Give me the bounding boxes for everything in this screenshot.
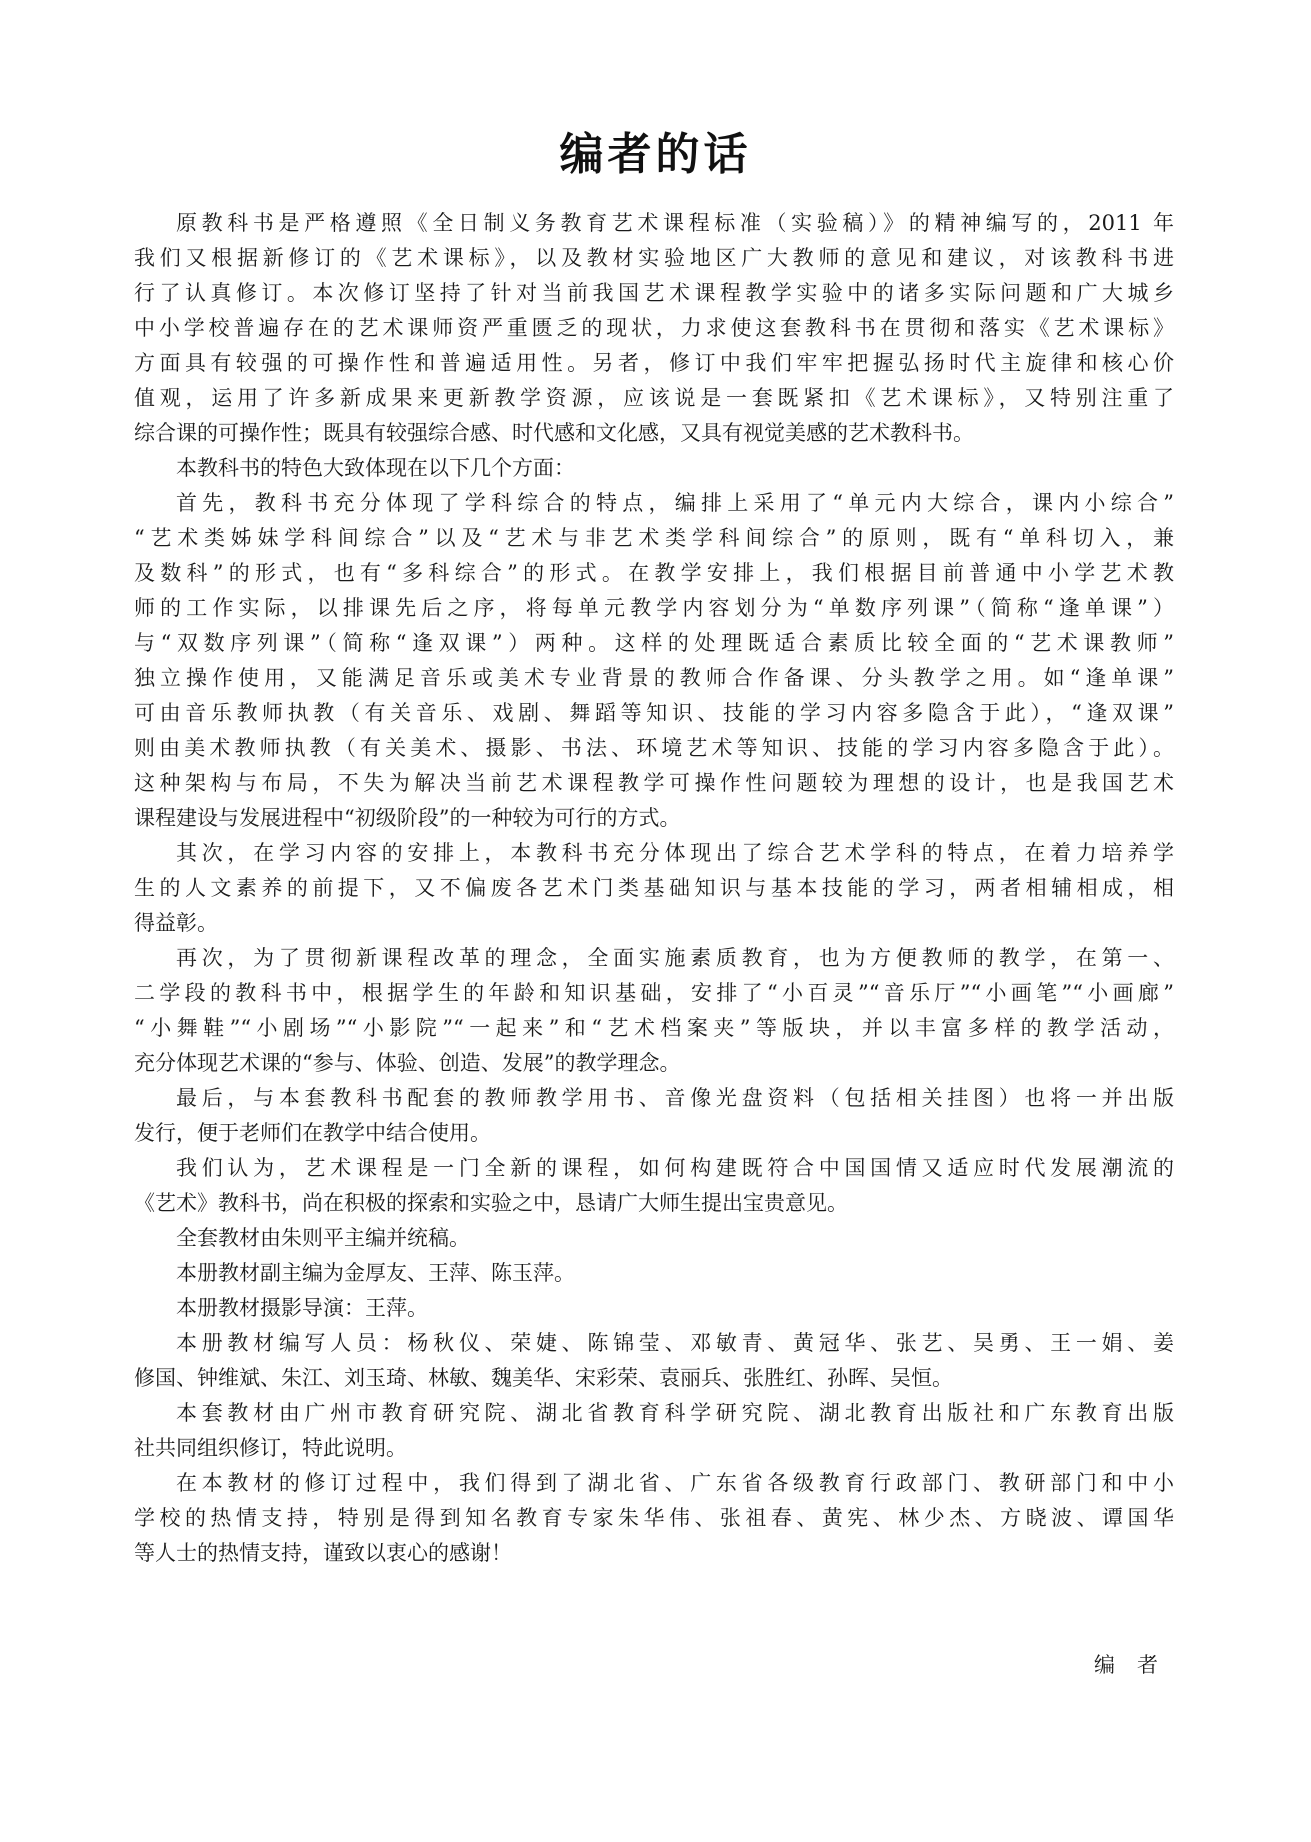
- text-line: 中小学校普遍存在的艺术课师资严重匮乏的现状，力求使这套教科书在贯彻和落实《艺术课…: [134, 311, 1174, 346]
- text-line: 其次，在学习内容的安排上，本教科书充分体现出了综合艺术学科的特点，在着力培养学: [134, 836, 1174, 871]
- text-line: 得益彰。: [134, 906, 1174, 941]
- text-line: 等人士的热情支持，谨致以衷心的感谢！: [134, 1536, 1174, 1571]
- text-line: 这种架构与布局，不失为解决当前艺术课程教学可操作性问题较为理想的设计，也是我国艺…: [134, 766, 1174, 801]
- text-line: 本册教材副主编为金厚友、王萍、陈玉萍。: [134, 1256, 1174, 1291]
- text-line: 行了认真修订。本次修订坚持了针对当前我国艺术课程教学实验中的诸多实际问题和广大城…: [134, 276, 1174, 311]
- text-line: 首先，教科书充分体现了学科综合的特点，编排上采用了“单元内大综合，课内小综合”: [134, 486, 1174, 521]
- text-line: 本套教材由广州市教育研究院、湖北省教育科学研究院、湖北教育出版社和广东教育出版: [134, 1396, 1174, 1431]
- paragraph: 本册教材编写人员：杨秋仪、荣婕、陈锦莹、邓敏青、黄冠华、张艺、吴勇、王一娟、姜修…: [134, 1326, 1174, 1396]
- text-line: 本册教材摄影导演：王萍。: [134, 1291, 1174, 1326]
- text-line: 发行，便于老师们在教学中结合使用。: [134, 1116, 1174, 1151]
- page-title: 编者的话: [0, 118, 1311, 182]
- text-line: 方面具有较强的可操作性和普遍适用性。另者，修订中我们牢牢把握弘扬时代主旋律和核心…: [134, 346, 1174, 381]
- text-line: 生的人文素养的前提下，又不偏废各艺术门类基础知识与基本技能的学习，两者相辅相成，…: [134, 871, 1174, 906]
- text-line: 可由音乐教师执教（有关音乐、戏剧、舞蹈等知识、技能的学习内容多隐含于此），“逢双…: [134, 696, 1174, 731]
- paragraph: 首先，教科书充分体现了学科综合的特点，编排上采用了“单元内大综合，课内小综合”“…: [134, 486, 1174, 836]
- text-line: 独立操作使用，又能满足音乐或美术专业背景的教师合作备课、分头教学之用。如“逢单课…: [134, 661, 1174, 696]
- text-line: 学校的热情支持，特别是得到知名教育专家朱华伟、张祖春、黄宪、林少杰、方晓波、谭国…: [134, 1501, 1174, 1536]
- paragraph: 最后，与本套教科书配套的教师教学用书、音像光盘资料（包括相关挂图）也将一并出版发…: [134, 1081, 1174, 1151]
- text-line: 最后，与本套教科书配套的教师教学用书、音像光盘资料（包括相关挂图）也将一并出版: [134, 1081, 1174, 1116]
- paragraph: 在本教材的修订过程中，我们得到了湖北省、广东省各级教育行政部门、教研部门和中小学…: [134, 1466, 1174, 1571]
- paragraph: 本册教材副主编为金厚友、王萍、陈玉萍。: [134, 1256, 1174, 1291]
- text-line: 本册教材编写人员：杨秋仪、荣婕、陈锦莹、邓敏青、黄冠华、张艺、吴勇、王一娟、姜: [134, 1326, 1174, 1361]
- paragraph: 原教科书是严格遵照《全日制义务教育艺术课程标准（实验稿）》的精神编写的，2011…: [134, 206, 1174, 451]
- document-body: 原教科书是严格遵照《全日制义务教育艺术课程标准（实验稿）》的精神编写的，2011…: [134, 206, 1174, 1571]
- text-line: 《艺术》教科书，尚在积极的探索和实验之中，恳请广大师生提出宝贵意见。: [134, 1186, 1174, 1221]
- text-line: 课程建设与发展进程中“初级阶段”的一种较为可行的方式。: [134, 801, 1174, 836]
- text-line: 原教科书是严格遵照《全日制义务教育艺术课程标准（实验稿）》的精神编写的，2011…: [134, 206, 1174, 241]
- text-line: 全套教材由朱则平主编并统稿。: [134, 1221, 1174, 1256]
- paragraph: 本教科书的特色大致体现在以下几个方面：: [134, 451, 1174, 486]
- text-line: 我们又根据新修订的《艺术课标》，以及教材实验地区广大教师的意见和建议，对该教科书…: [134, 241, 1174, 276]
- text-line: 值观，运用了许多新成果来更新教学资源，应该说是一套既紧扣《艺术课标》，又特别注重…: [134, 381, 1174, 416]
- text-line: “艺术类姊妹学科间综合”以及“艺术与非艺术类学科间综合”的原则，既有“单科切入，…: [134, 521, 1174, 556]
- text-line: 修国、钟维斌、朱江、刘玉琦、林敏、魏美华、宋彩荣、袁丽兵、张胜红、孙晖、吴恒。: [134, 1361, 1174, 1396]
- paragraph: 本套教材由广州市教育研究院、湖北省教育科学研究院、湖北教育出版社和广东教育出版社…: [134, 1396, 1174, 1466]
- text-line: 充分体现艺术课的“参与、体验、创造、发展”的教学理念。: [134, 1046, 1174, 1081]
- document-page: 编者的话 原教科书是严格遵照《全日制义务教育艺术课程标准（实验稿）》的精神编写的…: [0, 0, 1311, 1842]
- text-line: 二学段的教科书中，根据学生的年龄和知识基础，安排了“小百灵”“音乐厅”“小画笔”…: [134, 976, 1174, 1011]
- paragraph: 再次，为了贯彻新课程改革的理念，全面实施素质教育，也为方便教师的教学，在第一、二…: [134, 941, 1174, 1081]
- paragraph: 我们认为，艺术课程是一门全新的课程，如何构建既符合中国国情又适应时代发展潮流的《…: [134, 1151, 1174, 1221]
- signature: 编者: [1000, 1649, 1180, 1679]
- paragraph: 其次，在学习内容的安排上，本教科书充分体现出了综合艺术学科的特点，在着力培养学生…: [134, 836, 1174, 941]
- text-line: 本教科书的特色大致体现在以下几个方面：: [134, 451, 1174, 486]
- text-line: “小舞鞋”“小剧场”“小影院”“一起来”和“艺术档案夹”等版块，并以丰富多样的教…: [134, 1011, 1174, 1046]
- text-line: 与“双数序列课”（简称“逢双课”）两种。这样的处理既适合素质比较全面的“艺术课教…: [134, 626, 1174, 661]
- text-line: 我们认为，艺术课程是一门全新的课程，如何构建既符合中国国情又适应时代发展潮流的: [134, 1151, 1174, 1186]
- paragraph: 全套教材由朱则平主编并统稿。: [134, 1221, 1174, 1256]
- text-line: 则由美术教师执教（有关美术、摄影、书法、环境艺术等知识、技能的学习内容多隐含于此…: [134, 731, 1174, 766]
- text-line: 综合课的可操作性；既具有较强综合感、时代感和文化感，又具有视觉美感的艺术教科书。: [134, 416, 1174, 451]
- text-line: 在本教材的修订过程中，我们得到了湖北省、广东省各级教育行政部门、教研部门和中小: [134, 1466, 1174, 1501]
- text-line: 再次，为了贯彻新课程改革的理念，全面实施素质教育，也为方便教师的教学，在第一、: [134, 941, 1174, 976]
- paragraph: 本册教材摄影导演：王萍。: [134, 1291, 1174, 1326]
- text-line: 社共同组织修订，特此说明。: [134, 1431, 1174, 1466]
- text-line: 师的工作实际，以排课先后之序，将每单元教学内容划分为“单数序列课”（简称“逢单课…: [134, 591, 1174, 626]
- text-line: 及数科”的形式，也有“多科综合”的形式。在教学安排上，我们根据目前普通中小学艺术…: [134, 556, 1174, 591]
